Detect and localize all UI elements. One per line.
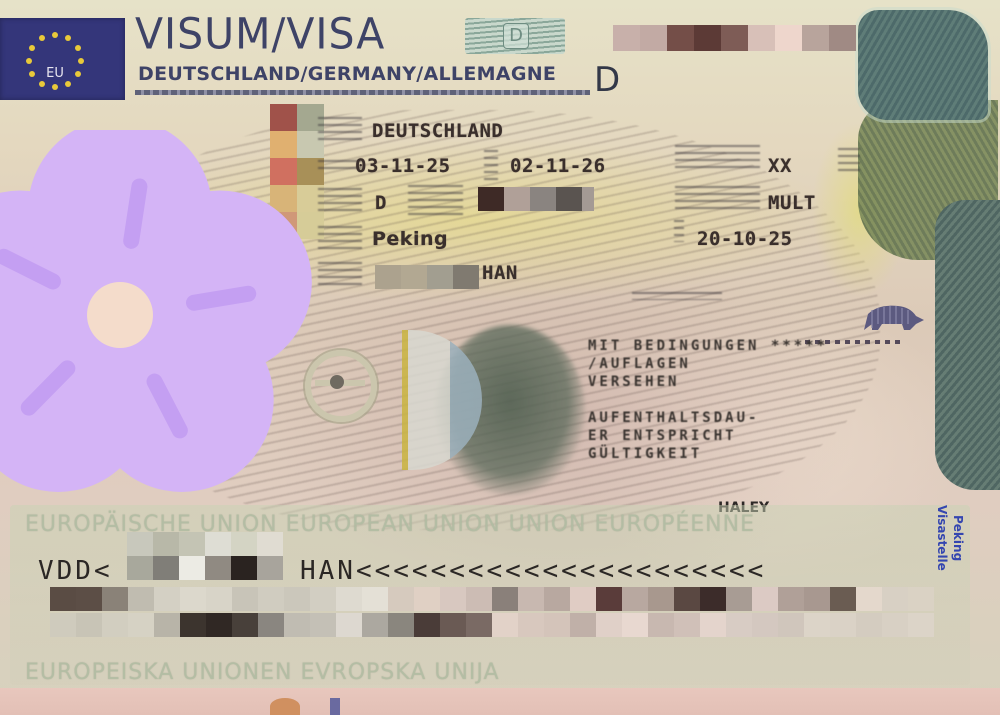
field-issued-in: Peking bbox=[372, 228, 448, 250]
field-until: 02-11-26 bbox=[510, 155, 606, 177]
flower-sticker-icon bbox=[0, 130, 330, 500]
country-code: D bbox=[594, 60, 620, 100]
eu-flag: EU bbox=[0, 18, 125, 100]
country-seal: D bbox=[465, 18, 565, 54]
passport-page-edge bbox=[0, 688, 1000, 715]
field-entries: MULT bbox=[768, 192, 816, 214]
animal-silhouette-icon bbox=[858, 300, 928, 336]
field-from: 03-11-25 bbox=[355, 155, 451, 177]
visa-subtitle: DEUTSCHLAND/GERMANY/ALLEMAGNE bbox=[138, 63, 556, 85]
label-passport-number bbox=[408, 185, 463, 215]
teal-security-pattern bbox=[858, 10, 988, 120]
mrz-line1-suffix: HAN<<<<<<<<<<<<<<<<<<<<<< bbox=[300, 556, 766, 586]
mrz-line1-prefix: VDD< bbox=[38, 556, 113, 586]
redacted-mrz-line2-row2 bbox=[50, 613, 934, 637]
label-entries bbox=[675, 186, 760, 214]
page-edge-detail bbox=[330, 698, 340, 715]
microprint-rule bbox=[135, 90, 590, 95]
field-type: D bbox=[375, 192, 387, 214]
field-issue-date: 20-10-25 bbox=[697, 228, 793, 250]
redacted-passport-number bbox=[478, 187, 594, 211]
label-duration bbox=[675, 145, 760, 173]
remarks-block: MIT BEDINGUNGEN ***** /AUFLAGEN VERSEHEN… bbox=[588, 337, 828, 463]
label-days bbox=[838, 148, 860, 176]
label-until bbox=[484, 150, 498, 180]
stamp-office: Visastelle bbox=[935, 505, 949, 571]
eu-stars-icon bbox=[26, 32, 84, 90]
label-remarks bbox=[632, 292, 722, 300]
watermark-bottom: EUROPEISKA UNIONEN EVROPSKA UNIJA bbox=[25, 660, 500, 685]
green-security-pattern bbox=[935, 200, 1000, 490]
label-issue-date bbox=[674, 220, 684, 242]
redacted-name bbox=[375, 265, 479, 289]
issuing-office-stamp: Peking Visastelle bbox=[935, 505, 975, 615]
page-edge-detail bbox=[270, 698, 300, 715]
visa-title: VISUM/VISA bbox=[135, 9, 385, 59]
field-valid-for: DEUTSCHLAND bbox=[372, 120, 503, 142]
seal-letter: D bbox=[503, 23, 529, 49]
redacted-mrz-name bbox=[127, 532, 297, 580]
eu-label: EU bbox=[0, 66, 110, 81]
stamp-city: Peking bbox=[951, 515, 965, 561]
field-name-suffix: HAN bbox=[482, 262, 518, 284]
redacted-visa-number bbox=[613, 25, 856, 51]
redacted-mrz-line2-row1 bbox=[50, 587, 934, 611]
field-duration: XX bbox=[768, 155, 792, 177]
